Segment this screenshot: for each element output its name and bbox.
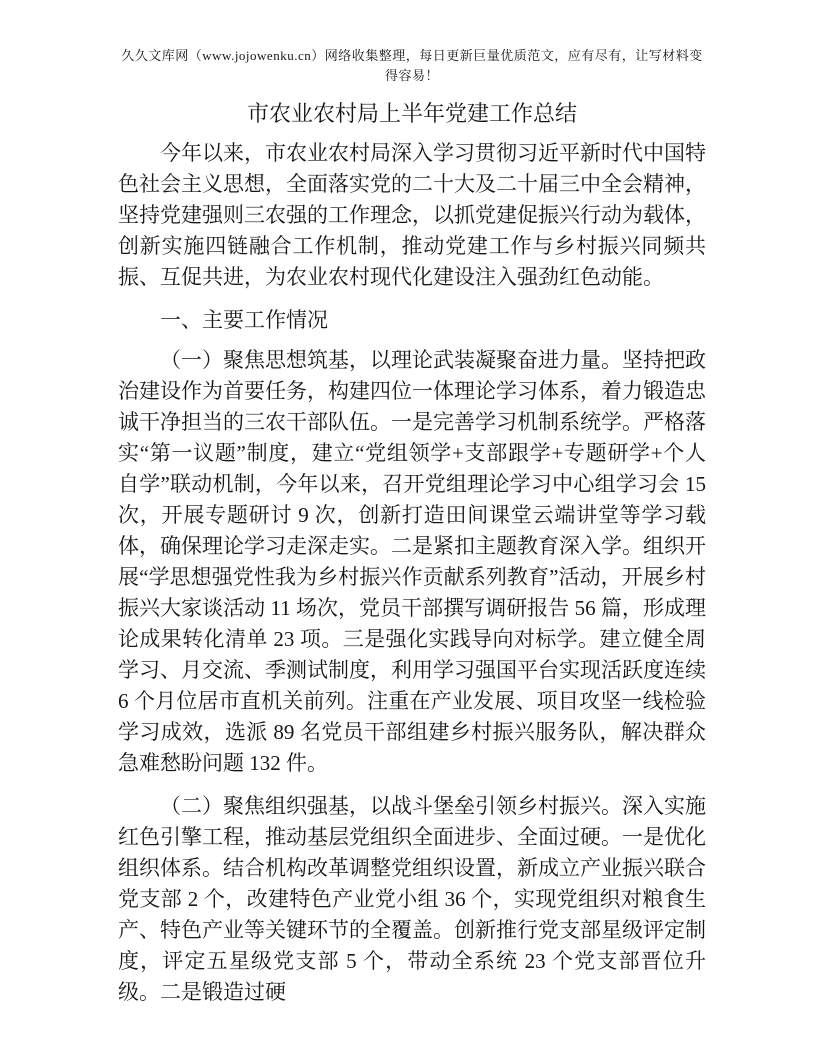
- section-heading-main-work: 一、主要工作情况: [118, 305, 706, 336]
- paragraph-section-1: （一）聚焦思想筑基，以理论武装凝聚奋进力量。坚持把政治建设作为首要任务，构建四位…: [118, 345, 706, 779]
- watermark-header: 久久文库网（www.jojowenku.cn）网络收集整理，每日更新巨量优质范文…: [118, 46, 706, 86]
- document-page: 久久文库网（www.jojowenku.cn）网络收集整理，每日更新巨量优质范文…: [0, 0, 816, 1056]
- paragraph-section-2: （二）聚焦组织强基，以战斗堡垒引领乡村振兴。深入实施红色引擎工程，推动基层党组织…: [118, 791, 706, 1008]
- document-title: 市农业农村局上半年党建工作总结: [118, 98, 706, 129]
- paragraph-intro: 今年以来，市农业农村局深入学习贯彻习近平新时代中国特色社会主义思想，全面落实党的…: [118, 138, 706, 293]
